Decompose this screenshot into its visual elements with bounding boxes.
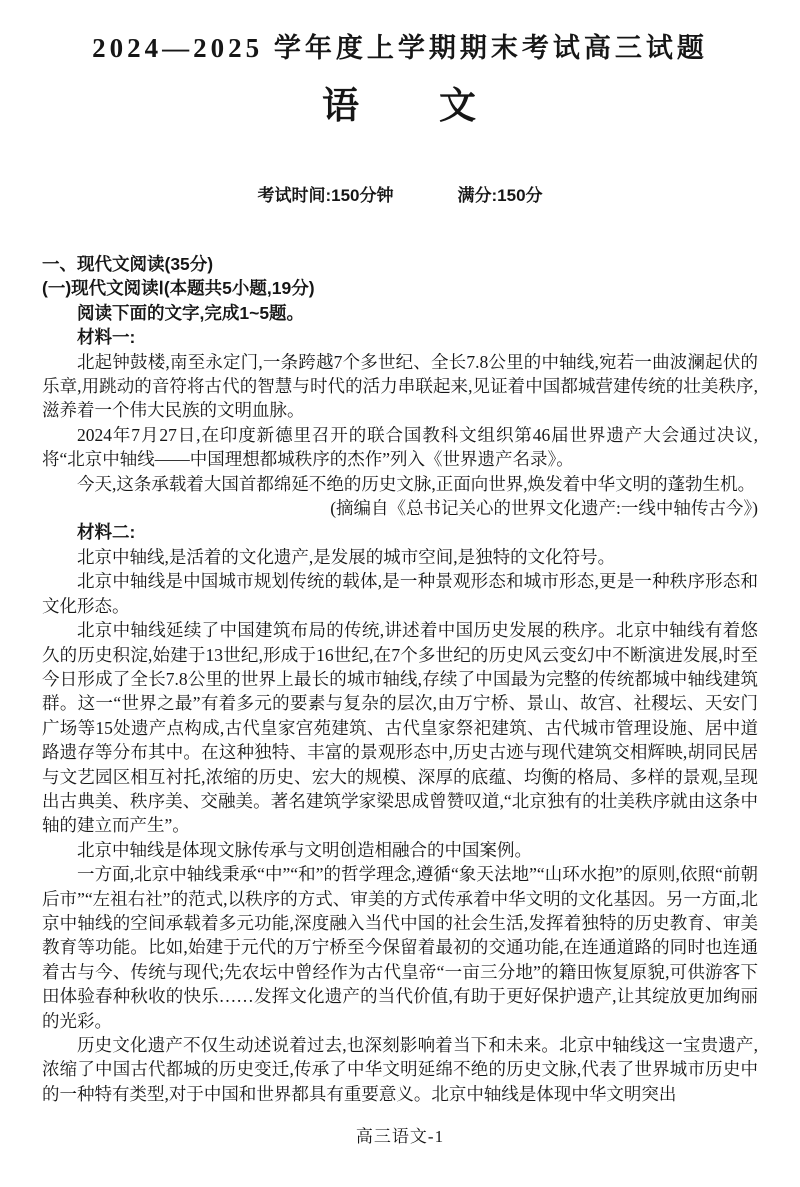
material-2-paragraph: 北京中轴线延续了中国建筑布局的传统,讲述着中国历史发展的秩序。北京中轴线有着悠久…	[42, 618, 758, 838]
material-2-label: 材料二:	[42, 520, 758, 544]
material-1-paragraph: 2024年7月27日,在印度新德里召开的联合国教科文组织第46届世界遗产大会通过…	[42, 423, 758, 472]
material-1-label: 材料一:	[42, 325, 758, 349]
subject-title: 语 文	[40, 75, 760, 129]
exam-info-row: 考试时间:150分钟 满分:150分	[40, 181, 760, 206]
exam-time-label: 考试时间:150分钟	[257, 181, 393, 206]
material-1-paragraph: 北起钟鼓楼,南至永定门,一条跨越7个多世纪、全长7.8公里的中轴线,宛若一曲波澜…	[42, 350, 758, 423]
material-2-paragraph: 北京中轴线是体现文脉传承与文明创造相融合的中国案例。	[42, 838, 758, 862]
reading-instruction: 阅读下面的文字,完成1~5题。	[42, 301, 758, 325]
material-2-paragraph: 历史文化遗产不仅生动述说着过去,也深刻影响着当下和未来。北京中轴线这一宝贵遗产,…	[42, 1033, 758, 1106]
reading-section: 一、现代文阅读(35分) (一)现代文阅读Ⅰ(本题共5小题,19分) 阅读下面的…	[42, 252, 758, 1106]
exam-paper-page: 2024—2025 学年度上学期期末考试高三试题 语 文 考试时间:150分钟 …	[0, 0, 800, 1187]
material-2-paragraph: 一方面,北京中轴线秉承“中”“和”的哲学理念,遵循“象天法地”“山环水抱”的原则…	[42, 862, 758, 1033]
exam-title: 2024—2025 学年度上学期期末考试高三试题	[40, 26, 760, 65]
material-2-paragraph: 北京中轴线,是活着的文化遗产,是发展的城市空间,是独特的文化符号。	[42, 545, 758, 569]
material-1-attribution: (摘编自《总书记关心的世界文化遗产:一线中轴传古今》)	[42, 496, 758, 520]
section-heading: 一、现代文阅读(35分)	[42, 252, 758, 276]
full-score-label: 满分:150分	[458, 181, 543, 206]
page-number: 高三语文-1	[40, 1122, 760, 1147]
material-2-paragraph: 北京中轴线是中国城市规划传统的载体,是一种景观形态和城市形态,更是一种秩序形态和…	[42, 569, 758, 618]
subsection-heading: (一)现代文阅读Ⅰ(本题共5小题,19分)	[42, 276, 758, 300]
material-1-paragraph: 今天,这条承载着大国首都绵延不绝的历史文脉,正面向世界,焕发着中华文明的蓬勃生机…	[42, 472, 758, 496]
